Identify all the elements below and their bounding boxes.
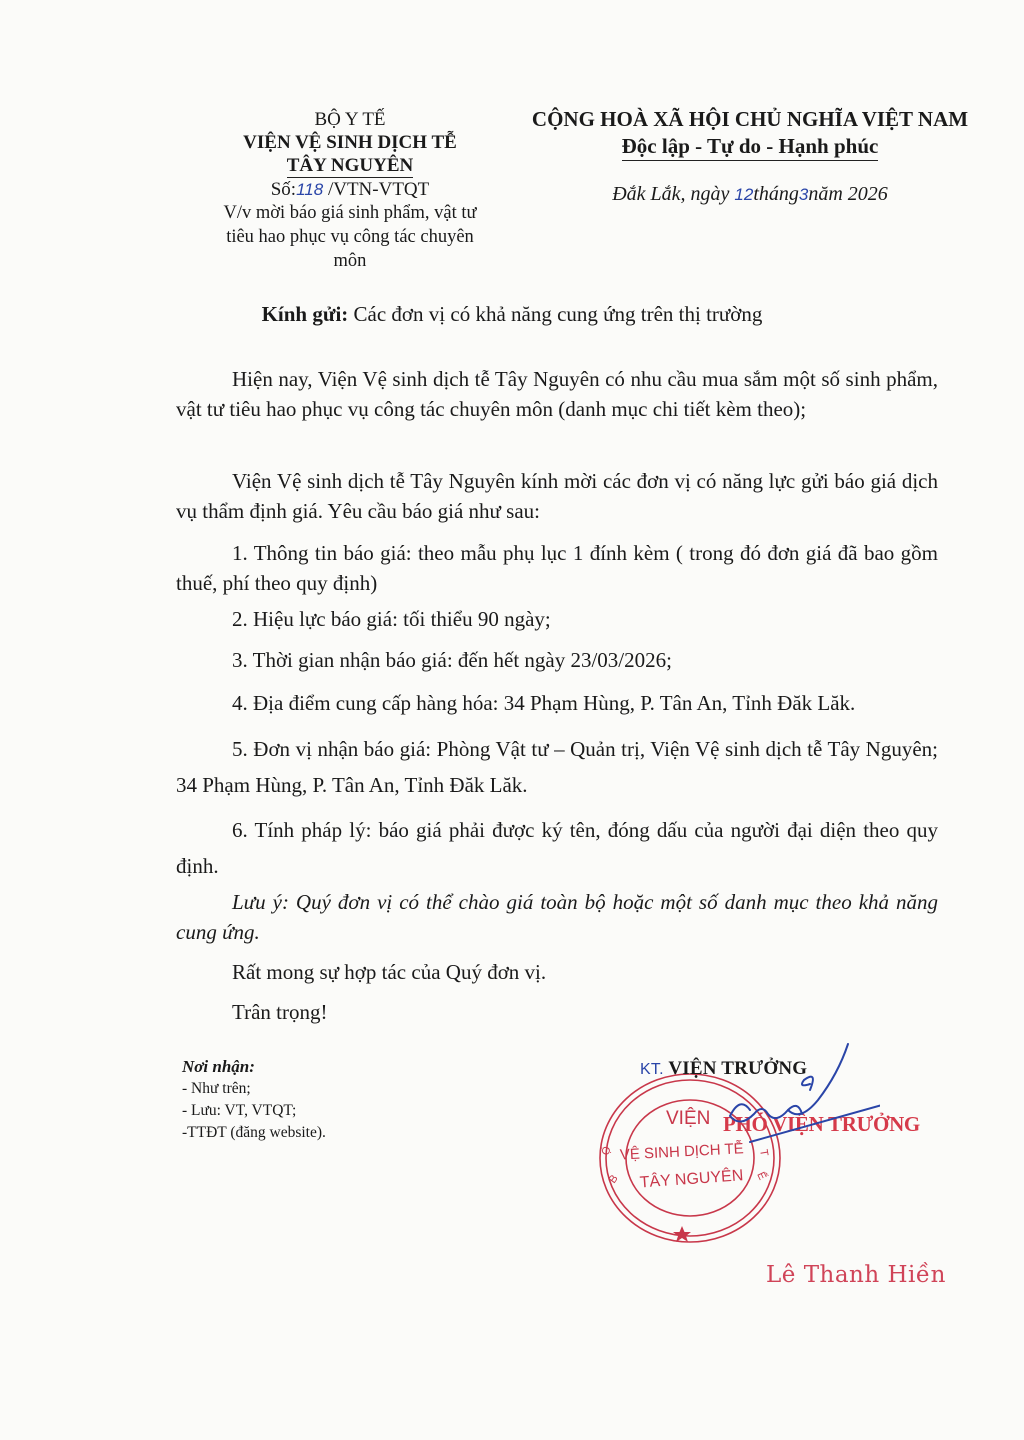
handwritten-number: 118 bbox=[296, 180, 323, 199]
institute-name-line2: TÂY NGUYÊN bbox=[287, 154, 414, 178]
requirement-item-2: 2. Hiệu lực báo giá: tối thiểu 90 ngày; bbox=[176, 604, 938, 634]
nation-title: CỘNG HOÀ XÃ HỘI CHỦ NGHĨA VIỆT NAM bbox=[520, 106, 980, 133]
svg-text:Ế: Ế bbox=[754, 1170, 769, 1182]
requirement-item-1: 1. Thông tin báo giá: theo mẫu phụ lục 1… bbox=[176, 538, 938, 598]
issuer-block: BỘ Y TẾ VIỆN VỆ SINH DỊCH TỄ TÂY NGUYÊN … bbox=[180, 108, 520, 273]
recipients-title: Nơi nhận: bbox=[182, 1056, 326, 1078]
salutation: Kính gửi: Các đơn vị có khả năng cung ứn… bbox=[0, 302, 1024, 327]
requirement-item-4: 4. Địa điểm cung cấp hàng hóa: 34 Phạm H… bbox=[176, 688, 938, 718]
signer-name: Lê Thanh Hiền bbox=[766, 1262, 946, 1288]
national-header: CỘNG HOÀ XÃ HỘI CHỦ NGHĨA VIỆT NAM Độc l… bbox=[520, 106, 980, 206]
handwritten-month: 3 bbox=[799, 185, 808, 204]
body-paragraph-2: Viện Vệ sinh dịch tễ Tây Nguyên kính mời… bbox=[176, 466, 938, 526]
recipient-item: -TTĐT (đăng website). bbox=[182, 1122, 326, 1144]
note: Lưu ý: Quý đơn vị có thể chào giá toàn b… bbox=[176, 887, 938, 947]
issue-date: Đắk Lắk, ngày 12tháng3năm 2026 bbox=[520, 183, 980, 206]
requirement-item-3: 3. Thời gian nhận báo giá: đến hết ngày … bbox=[176, 645, 938, 675]
recipient-item: - Như trên; bbox=[182, 1078, 326, 1100]
requirement-item-6: 6. Tính pháp lý: báo giá phải được ký tê… bbox=[176, 812, 938, 884]
closing-line-2: Trân trọng! bbox=[176, 997, 938, 1027]
closing-line-1: Rất mong sự hợp tác của Quý đơn vị. bbox=[176, 957, 938, 987]
requirement-item-5: 5. Đơn vị nhận báo giá: Phòng Vật tư – Q… bbox=[176, 731, 938, 803]
institute-name-line1: VIỆN VỆ SINH DỊCH TỄ bbox=[180, 131, 520, 154]
recipients-block: Nơi nhận: - Như trên; - Lưu: VT, VTQT; -… bbox=[182, 1056, 326, 1144]
svg-text:B: B bbox=[607, 1173, 621, 1186]
ministry-name: BỘ Y TẾ bbox=[180, 108, 520, 131]
handwritten-day: 12 bbox=[734, 185, 753, 204]
body-paragraph-1: Hiện nay, Viện Vệ sinh dịch tễ Tây Nguyê… bbox=[176, 364, 938, 424]
motto: Độc lập - Tự do - Hạnh phúc bbox=[622, 133, 879, 161]
document-number: Số:118 /VTN-VTQT bbox=[180, 178, 520, 201]
stamp-text-line3: TÂY NGUYÊN bbox=[639, 1165, 744, 1191]
salutation-label: Kính gửi: bbox=[262, 302, 349, 326]
salutation-text: Các đơn vị có khả năng cung ứng trên thị… bbox=[348, 302, 762, 326]
subject: V/v mời báo giá sinh phẩm, vật tư tiêu h… bbox=[180, 201, 520, 273]
recipient-item: - Lưu: VT, VTQT; bbox=[182, 1100, 326, 1122]
handwritten-signature-icon bbox=[600, 1040, 880, 1160]
